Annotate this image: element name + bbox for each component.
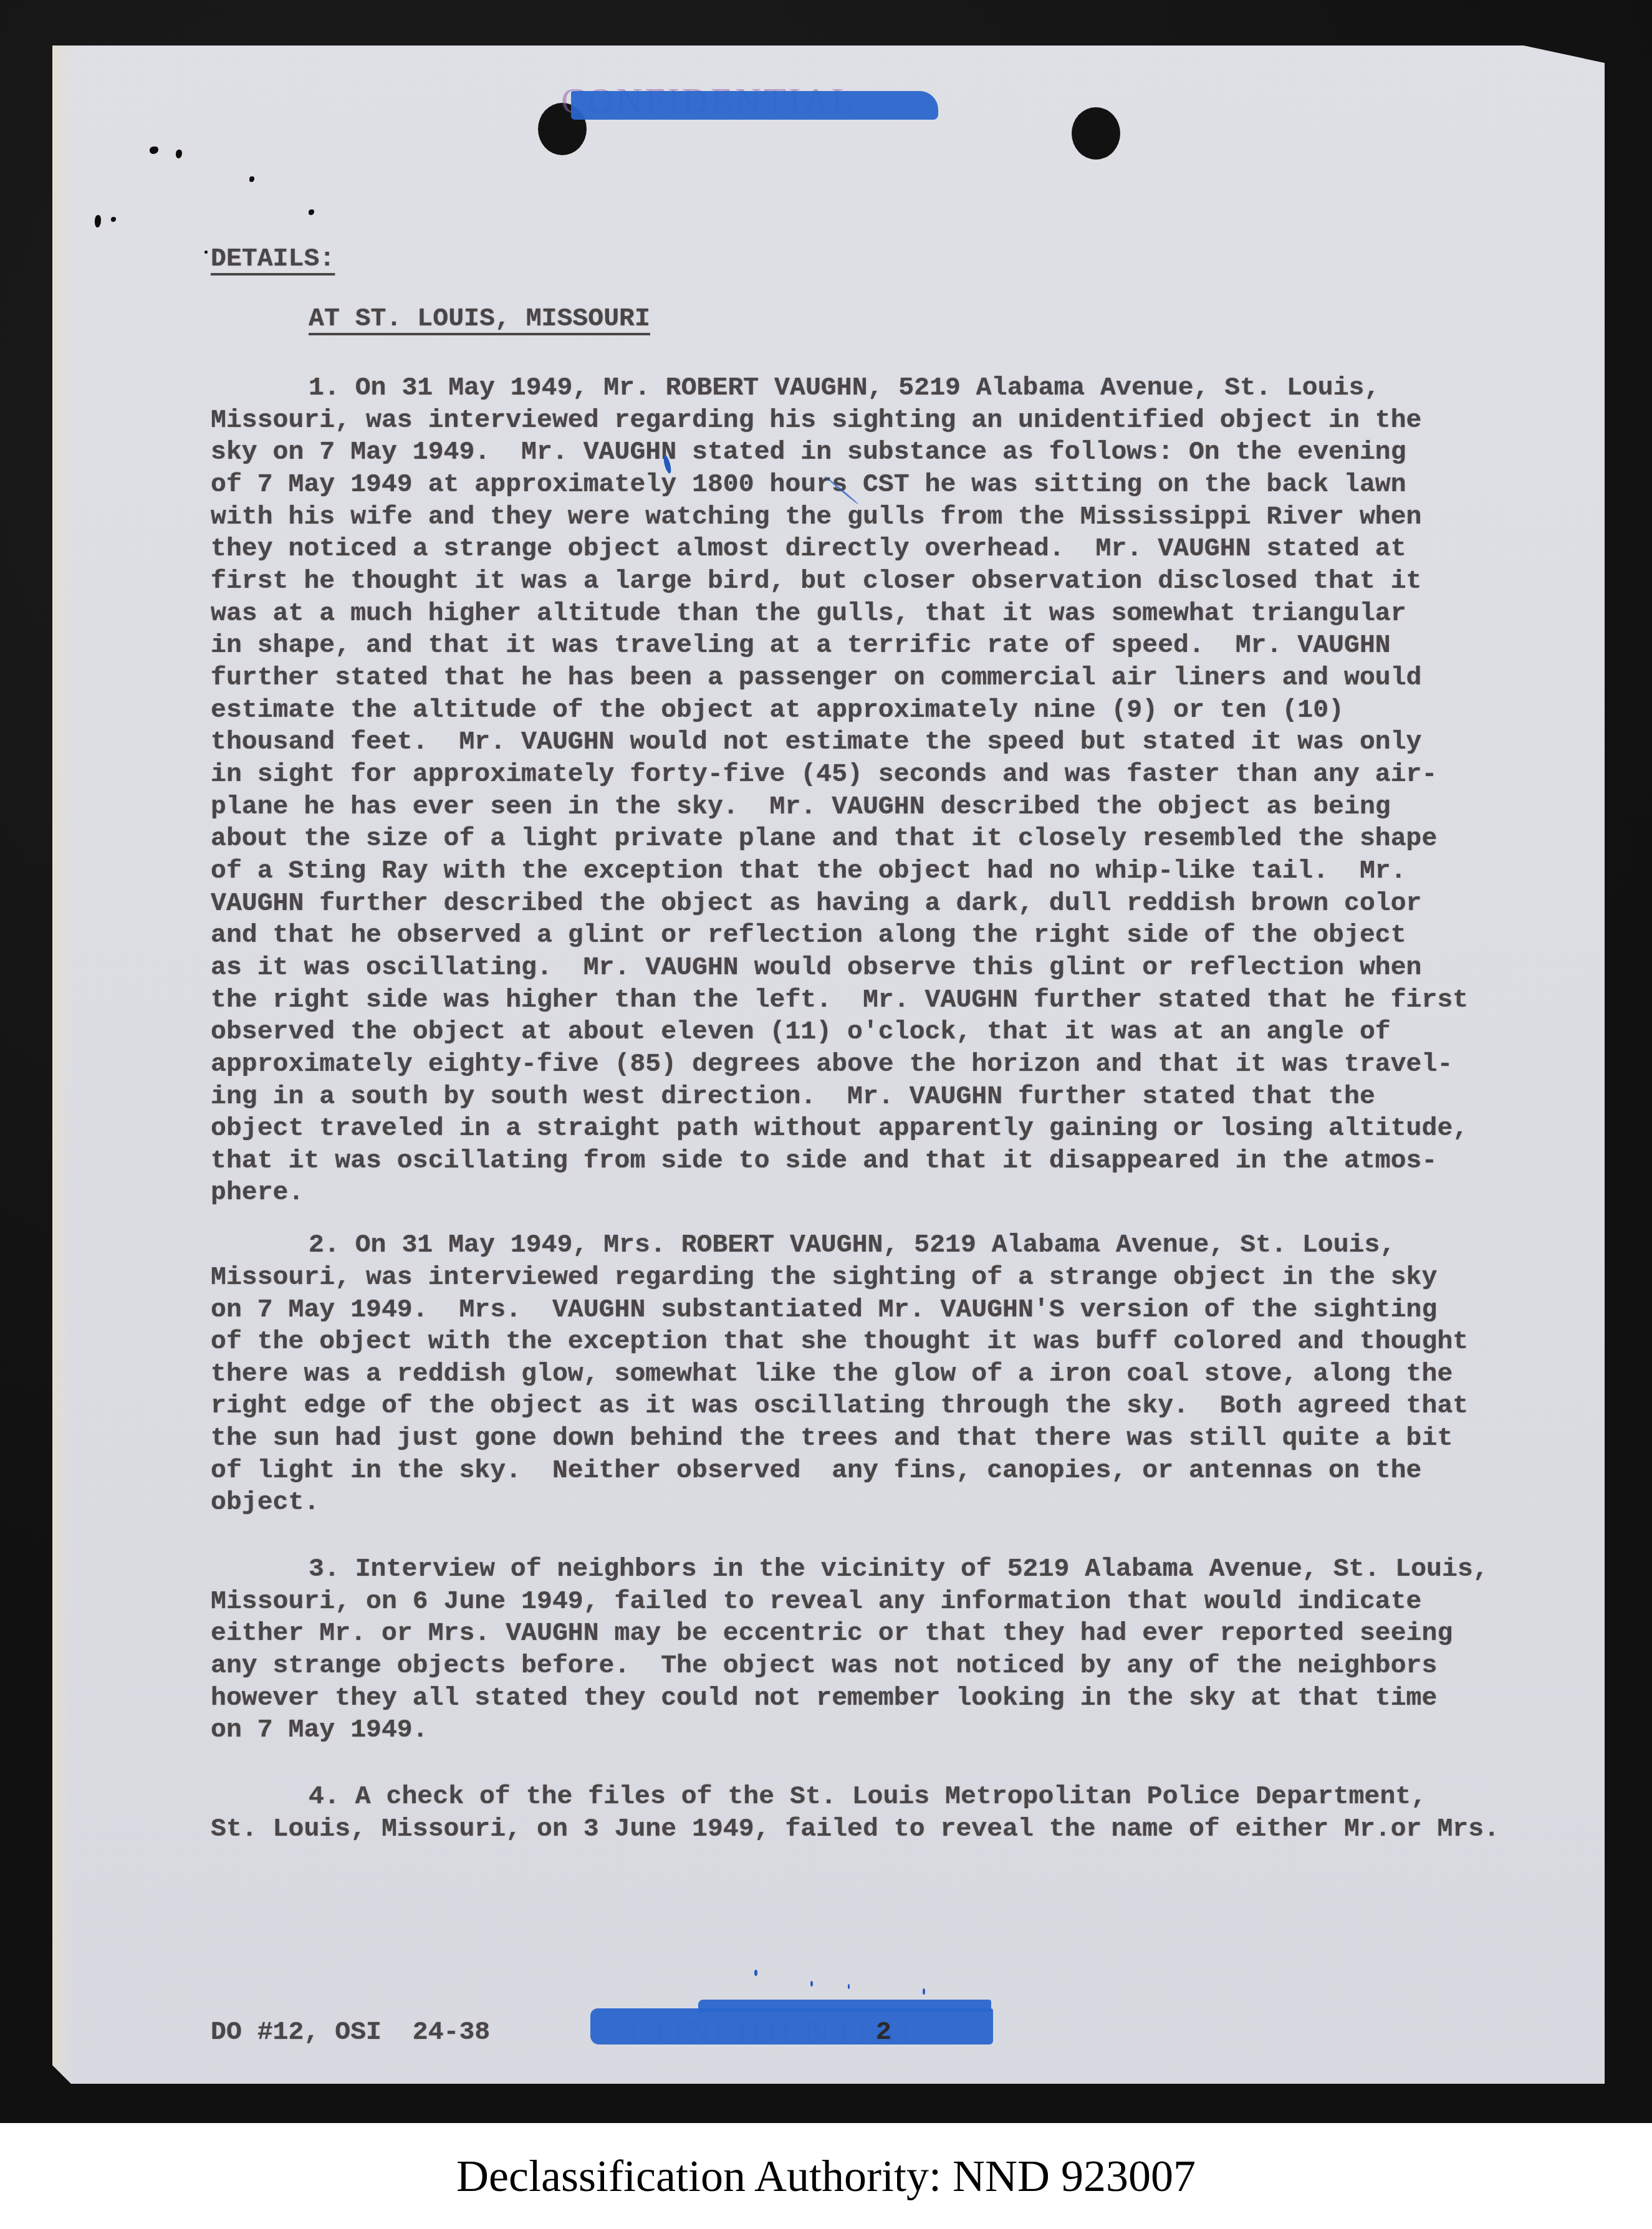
- paragraph-line: however they all stated they could not r…: [211, 1685, 1437, 1712]
- paragraph-line: further stated that he has been a passen…: [211, 665, 1422, 691]
- declassification-caption: Declassification Authority: NND 923007: [0, 2123, 1652, 2229]
- paragraph-line: as it was oscillating. Mr. VAUGHN would …: [211, 955, 1422, 981]
- paragraph-line: Missouri, was interviewed regarding the …: [211, 1265, 1437, 1291]
- paragraph-line: ing in a south by south west direction. …: [211, 1084, 1375, 1110]
- paragraph-line: observed the object at about eleven (11)…: [211, 1019, 1391, 1045]
- paragraph-line: approximately eighty-five (85) degrees a…: [211, 1052, 1453, 1078]
- paragraph-line: was at a much higher altitude than the g…: [211, 601, 1406, 627]
- paragraph-line: of 7 May 1949 at approximately 1800 hour…: [211, 472, 1406, 498]
- paragraph-line: estimate the altitude of the object at a…: [211, 697, 1344, 724]
- punch-hole-right: [1072, 107, 1120, 160]
- paragraph-line: VAUGHN further described the object as h…: [211, 891, 1422, 917]
- paragraph-line: in sight for approximately forty-five (4…: [211, 762, 1437, 788]
- paragraph-line: on 7 May 1949. Mrs. VAUGHN substantiated…: [211, 1297, 1437, 1323]
- section-heading: DETAILS:: [211, 246, 335, 272]
- paragraph-line: sky on 7 May 1949. Mr. VAUGHN stated in …: [211, 439, 1406, 466]
- paragraph-line: about the size of a light private plane …: [211, 826, 1437, 852]
- paragraph-line: object.: [211, 1490, 319, 1516]
- paragraph-line: of light in the sky. Neither observed an…: [211, 1458, 1422, 1484]
- paragraph-line: on 7 May 1949.: [211, 1717, 428, 1743]
- paragraph-line: St. Louis, Missouri, on 3 June 1949, fai…: [211, 1816, 1499, 1843]
- paragraph-line: any strange objects before. The object w…: [211, 1653, 1437, 1679]
- paragraph-line: with his wife and they were watching the…: [211, 504, 1422, 530]
- paragraph-line: first he thought it was a large bird, bu…: [211, 568, 1422, 595]
- paragraph-line: of a Sting Ray with the exception that t…: [211, 858, 1406, 884]
- paragraph-line: either Mr. or Mrs. VAUGHN may be eccentr…: [211, 1621, 1453, 1647]
- paragraph-line: Missouri, was interviewed regarding his …: [211, 408, 1422, 434]
- ink-speck: [923, 1988, 925, 1995]
- paragraph-line: 1. On 31 May 1949, Mr. ROBERT VAUGHN, 52…: [309, 375, 1380, 401]
- ink-speck: [848, 1984, 850, 1989]
- paragraph-line: the right side was higher than the left.…: [211, 987, 1468, 1014]
- paragraph-line: in shape, and that it was traveling at a…: [211, 633, 1391, 659]
- page-number: 2: [876, 2020, 891, 2046]
- paragraph-line: that it was oscillating from side to sid…: [211, 1148, 1437, 1174]
- paragraph-line: right edge of the object as it was oscil…: [211, 1393, 1468, 1419]
- top-redaction-mark: [571, 91, 938, 120]
- paragraph-line: object traveled in a straight path witho…: [211, 1116, 1468, 1142]
- paragraph-line: plane he has ever seen in the sky. Mr. V…: [211, 794, 1391, 820]
- ink-speck: [754, 1970, 757, 1976]
- paragraph-line: of the object with the exception that sh…: [211, 1329, 1468, 1355]
- paragraph-line: phere.: [211, 1180, 304, 1206]
- paragraph-line: thousand feet. Mr. VAUGHN would not esti…: [211, 729, 1422, 755]
- paragraph-line: and that he observed a glint or reflecti…: [211, 923, 1406, 949]
- paragraph-line: Missouri, on 6 June 1949, failed to reve…: [211, 1589, 1422, 1615]
- paragraph-line: they noticed a strange object almost dir…: [211, 536, 1406, 562]
- bottom-redaction-mark-top: [698, 2000, 991, 2012]
- paragraph-line: 4. A check of the files of the St. Louis…: [309, 1784, 1426, 1810]
- footer-reference: DO #12, OSI 24-38: [211, 2020, 490, 2046]
- paragraph-line: there was a reddish glow, somewhat like …: [211, 1361, 1453, 1388]
- paragraph-line: 2. On 31 May 1949, Mrs. ROBERT VAUGHN, 5…: [309, 1232, 1395, 1258]
- ink-speck: [810, 1981, 813, 1987]
- location-heading: AT ST. LOUIS, MISSOURI: [309, 306, 650, 332]
- bottom-redaction-mark: [590, 2008, 993, 2044]
- paragraph-line: 3. Interview of neighbors in the vicinit…: [309, 1556, 1489, 1583]
- paragraph-line: the sun had just gone down behind the tr…: [211, 1426, 1453, 1452]
